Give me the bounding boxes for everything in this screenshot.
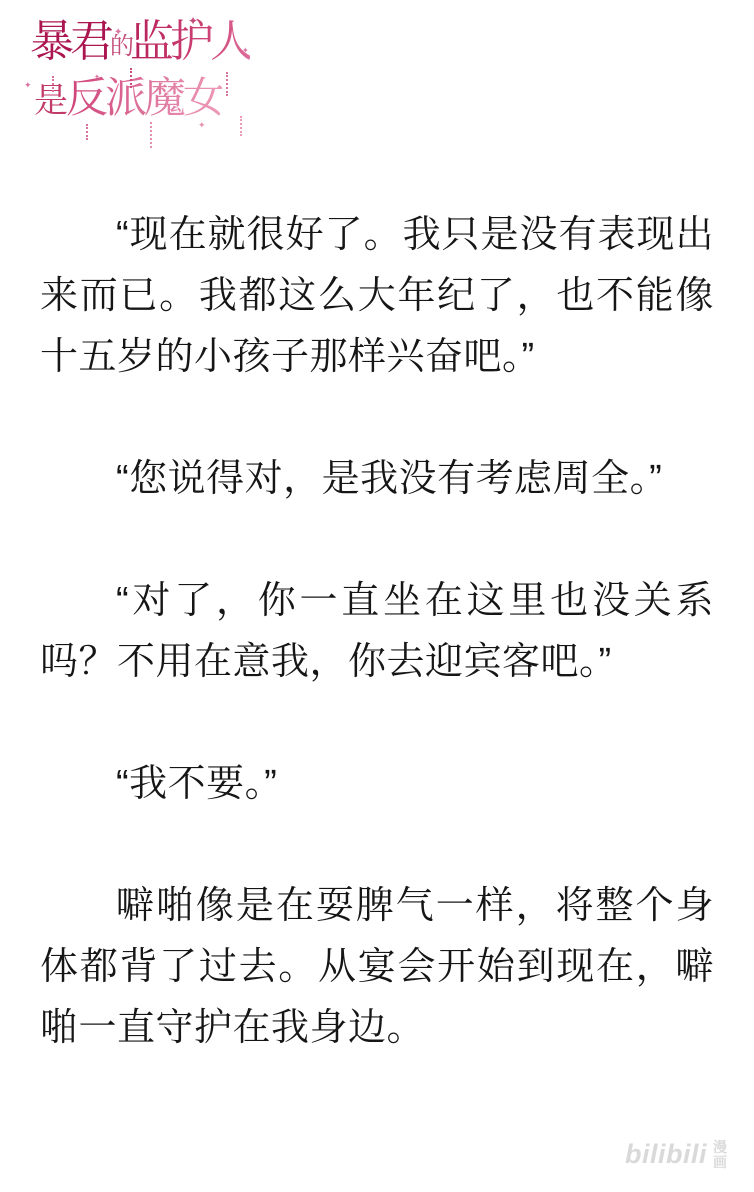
series-title-logo: 暴君 的 监护人 是 反派魔女 ✦ ✦ ✦ ✦ ✦ ✦ [30, 16, 260, 166]
logo-text-segment: 反派魔女 [66, 76, 222, 122]
novel-text-page: “现在就很好了。我只是没有表现出来而已。我都这么大年纪了，也不能像十五岁的小孩子… [0, 205, 754, 1059]
logo-text-segment: 暴君 [30, 16, 110, 68]
sparkle-icon: ✦ [188, 16, 198, 26]
bilibili-logo: bilibili [625, 1139, 707, 1170]
novel-paragraph: “您说得对，是我没有考虑周全。” [40, 449, 714, 510]
dotted-strand-decoration [240, 116, 242, 136]
sparkle-icon: ✦ [24, 80, 32, 90]
dotted-strand-decoration [86, 124, 88, 140]
dotted-strand-decoration [226, 72, 228, 96]
novel-paragraph: “我不要。” [40, 754, 714, 815]
novel-paragraph: “现在就很好了。我只是没有表现出来而已。我都这么大年纪了，也不能像十五岁的小孩子… [40, 205, 714, 388]
sparkle-icon: ✦ [198, 120, 206, 130]
sparkle-icon: ✦ [94, 72, 100, 82]
novel-paragraph: 噼啪像是在耍脾气一样，将整个身体都背了过去。从宴会开始到现在，噼啪一直守护在我身… [40, 876, 714, 1059]
dotted-strand-decoration [130, 68, 132, 88]
logo-text-segment: 是 [34, 79, 65, 125]
watermark-product-label: 漫画 [712, 1140, 728, 1170]
dotted-strand-decoration [52, 76, 54, 92]
logo-title-line-1: 暴君 的 监护人 [30, 16, 260, 78]
sparkle-icon: ✦ [242, 46, 249, 56]
dotted-strand-decoration [150, 122, 152, 148]
novel-paragraph: “对了，你一直坐在这里也没关系吗？不用在意我，你去迎宾客吧。” [40, 571, 714, 693]
sparkle-icon: ✦ [114, 28, 122, 38]
bilibili-watermark: bilibili 漫画 [625, 1139, 728, 1170]
